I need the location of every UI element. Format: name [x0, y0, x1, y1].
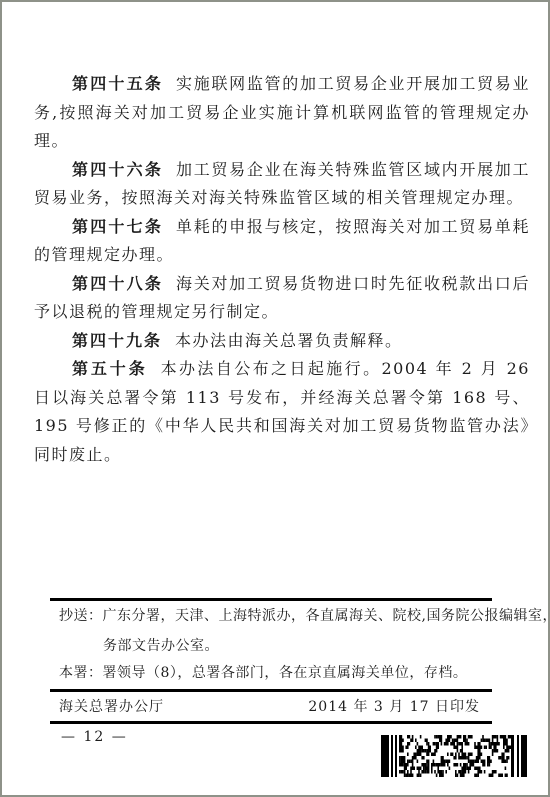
issuing-office: 海关总署办公厅 [59, 696, 164, 716]
article-49-text: 本办法由海关总署负责解释。 [175, 331, 403, 350]
print-date: 2014 年 3 月 17 日印发 [308, 696, 480, 716]
article-45: 第四十五条实施联网监管的加工贸易企业开展加工贸易业务,按照海关对加工贸易企业实施… [34, 70, 530, 156]
cc-distribution-line: 抄送：广东分署，天津、上海特派办，各直属海关、院校,国务院公报编辑室，商务部文告… [59, 601, 550, 661]
cc-text: 广东分署，天津、上海特派办，各直属海关、院校,国务院公报编辑室，商务部文告办公室… [103, 608, 550, 654]
article-50-number: 第五十条 [72, 359, 148, 378]
article-46-number: 第四十六条 [72, 160, 163, 179]
document-page: 第四十五条实施联网监管的加工贸易企业开展加工贸易业务,按照海关对加工贸易企业实施… [0, 0, 550, 797]
issuer-row: 海关总署办公厅 2014 年 3 月 17 日印发 [59, 696, 480, 716]
article-49-number: 第四十九条 [72, 331, 162, 350]
internal-text: 署领导（8），总署各部门，各在京直属海关单位，存档。 [103, 665, 468, 681]
article-47-number: 第四十七条 [72, 217, 163, 236]
footer-divider-middle [50, 689, 492, 692]
article-50: 第五十条本办法自公布之日起施行。2004 年 2 月 26 日以海关总署令第 1… [34, 355, 530, 469]
article-46: 第四十六条加工贸易企业在海关特殊监管区域内开展加工贸易业务，按照海关对海关特殊监… [34, 156, 530, 213]
article-body: 第四十五条实施联网监管的加工贸易企业开展加工贸易业务,按照海关对加工贸易企业实施… [34, 70, 530, 469]
cc-label: 抄送： [59, 608, 103, 624]
article-45-number: 第四十五条 [72, 74, 163, 93]
article-48-number: 第四十八条 [72, 274, 163, 293]
footer-divider-bottom [50, 721, 492, 724]
internal-label: 本署： [59, 665, 103, 681]
internal-distribution-line: 本署：署领导（8），总署各部门，各在京直属海关单位，存档。 [59, 663, 533, 683]
article-49: 第四十九条本办法由海关总署负责解释。 [34, 327, 530, 356]
article-47: 第四十七条单耗的申报与核定，按照海关对加工贸易单耗的管理规定办理。 [34, 213, 530, 270]
pdf417-barcode [381, 735, 529, 777]
article-48: 第四十八条海关对加工贸易货物进口时先征收税款出口后予以退税的管理规定另行制定。 [34, 270, 530, 327]
page-number: — 12 — [61, 729, 128, 745]
